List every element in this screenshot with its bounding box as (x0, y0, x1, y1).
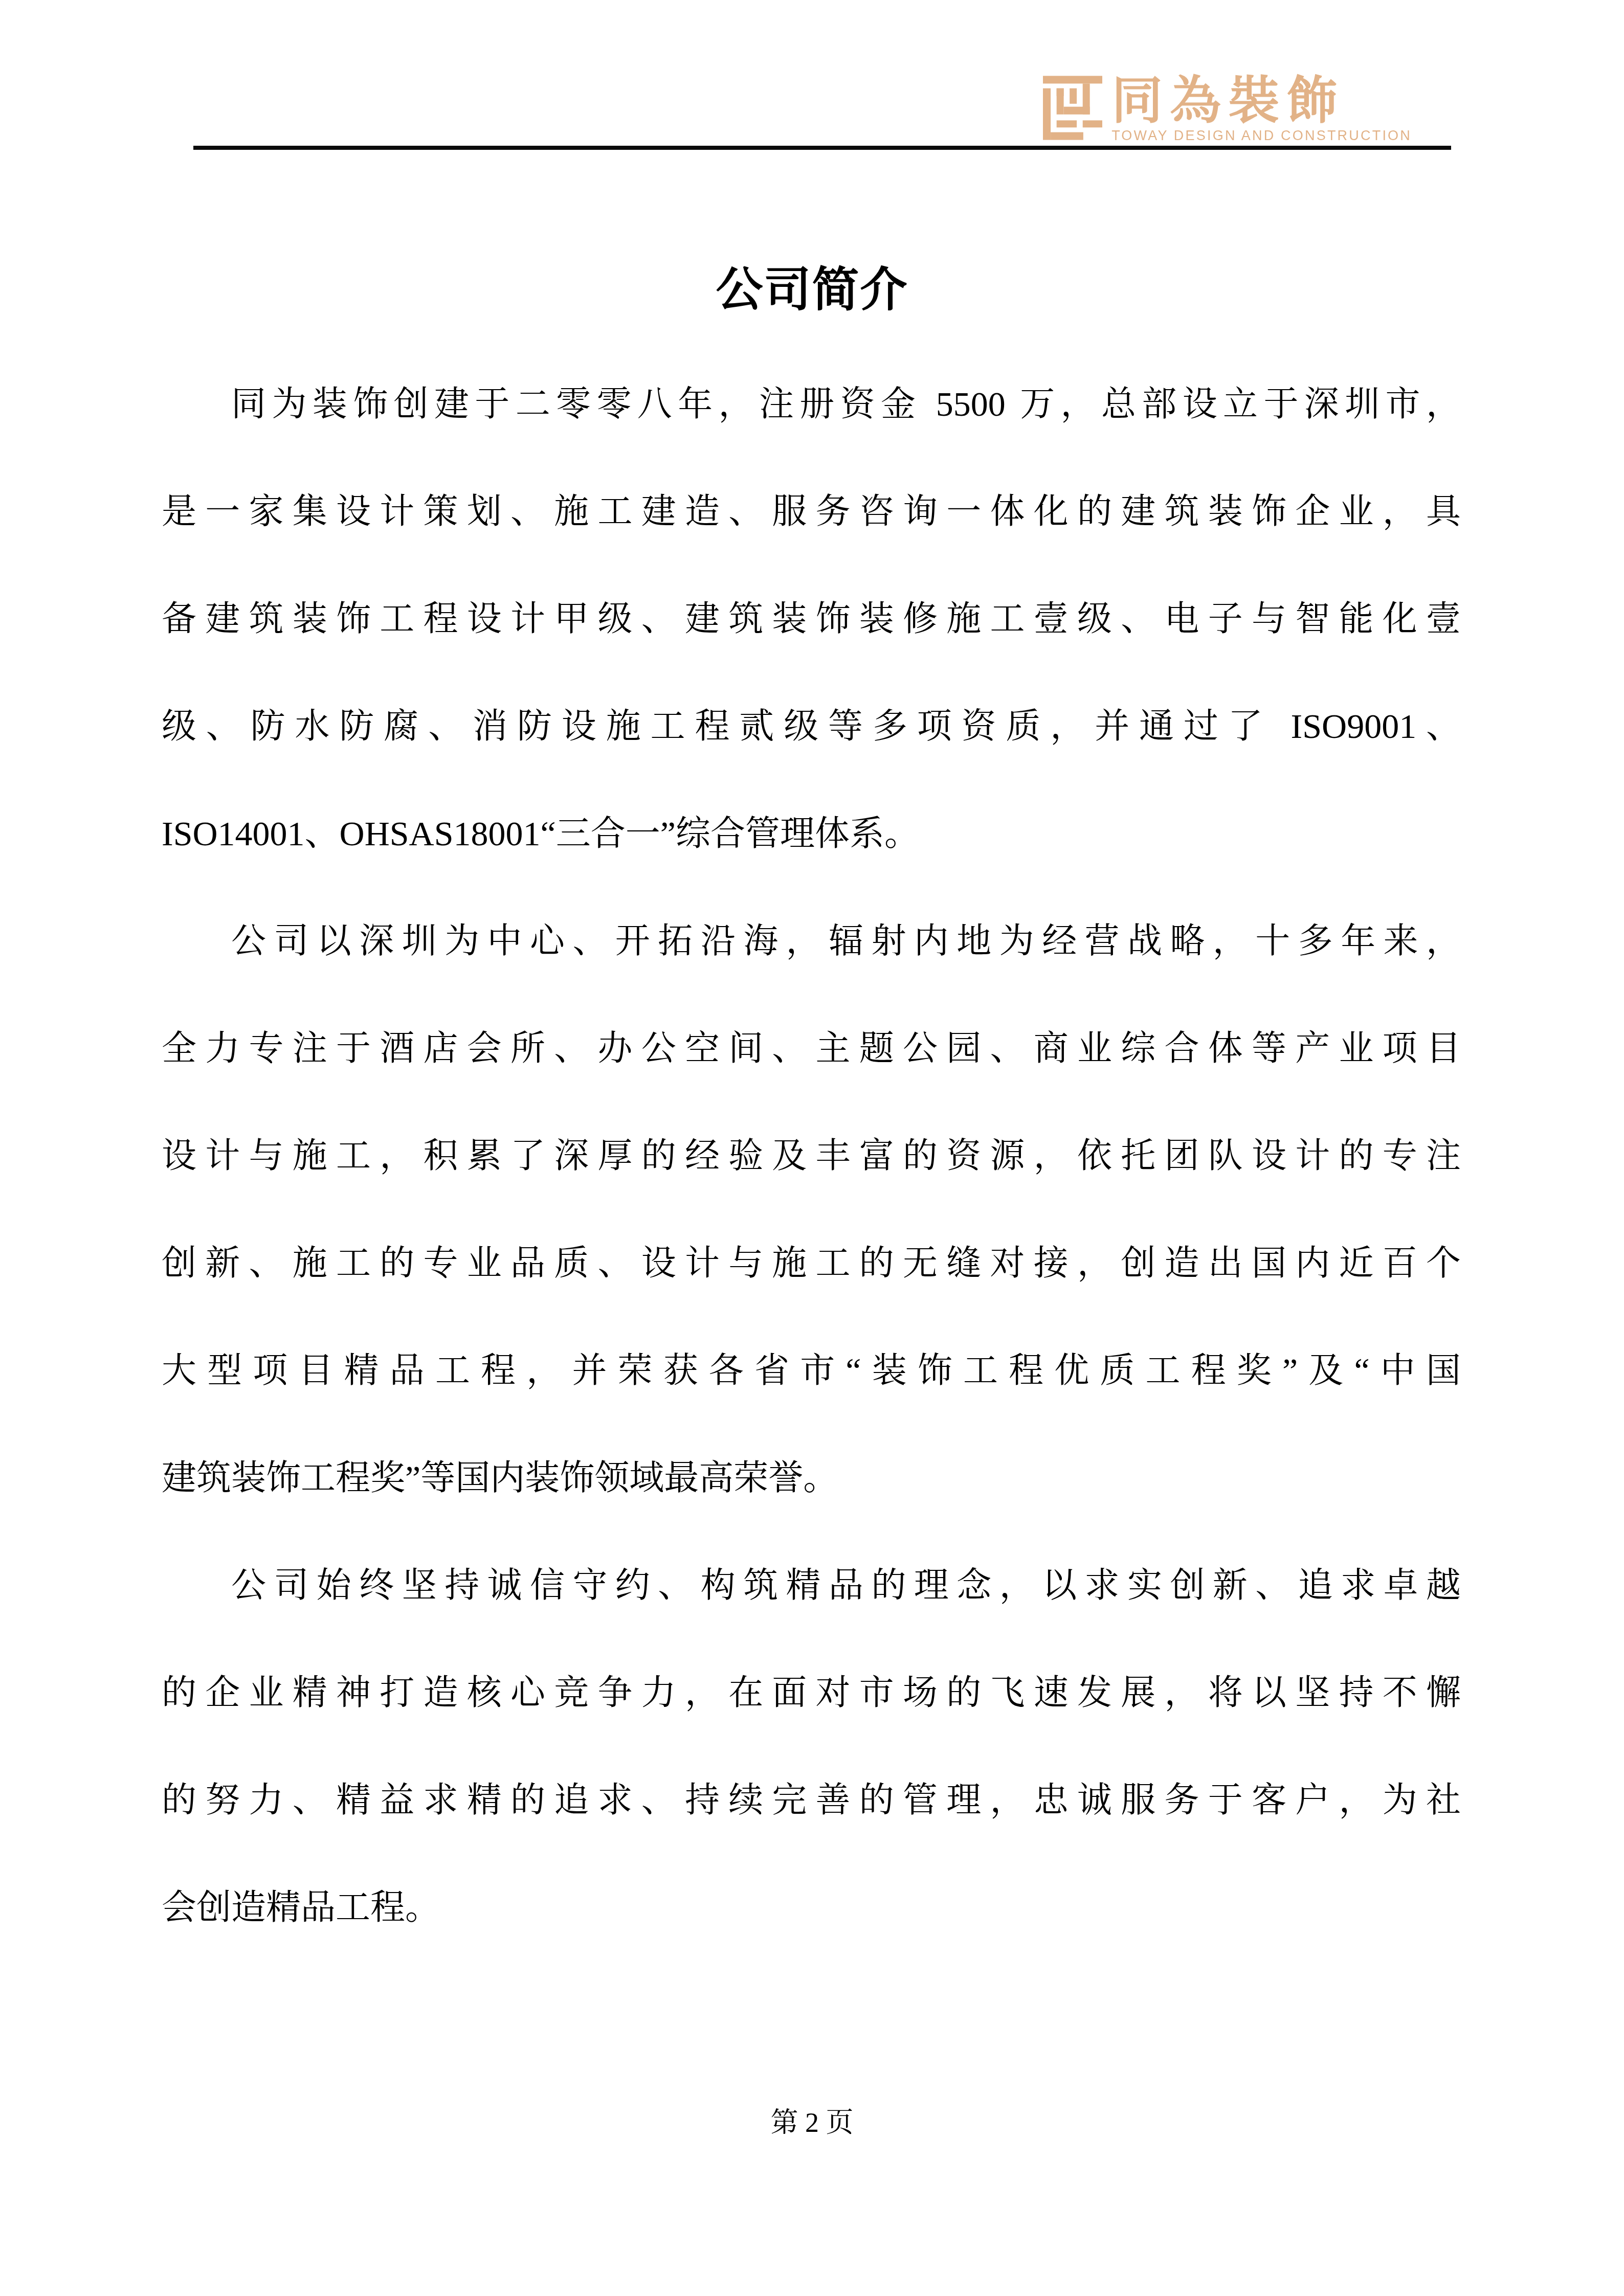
body-line: 备建筑装饰工程设计甲级、建筑装饰装修施工壹级、电子与智能化壹 (162, 565, 1461, 672)
company-logo: 同為裝飾 TOWAY DESIGN AND CONSTRUCTION (1043, 76, 1412, 143)
body-line: 公司以深圳为中心、开拓沿海，辐射内地为经营战略，十多年来， (162, 887, 1461, 995)
body-line: 公司始终坚持诚信守约、构筑精品的理念，以求实创新、追求卓越 (162, 1532, 1461, 1639)
page-title: 公司简介 (0, 262, 1624, 318)
body-line: 创新、施工的专业品质、设计与施工的无缝对接，创造出国内近百个 (162, 1209, 1461, 1317)
body-line: ISO14001、OHSAS18001“三合一”综合管理体系。 (162, 780, 1461, 887)
body-line: 同为装饰创建于二零零八年，注册资金 5500 万，总部设立于深圳市， (162, 350, 1461, 458)
page-number: 第 2 页 (0, 2100, 1624, 2146)
body-line: 的努力、精益求精的追求、持续完善的管理，忠诚服务于客户，为社 (162, 1746, 1461, 1854)
body-line: 设计与施工，积累了深厚的经验及丰富的资源，依托团队设计的专注 (162, 1102, 1461, 1209)
body-line: 是一家集设计策划、施工建造、服务咨询一体化的建筑装饰企业，具 (162, 458, 1461, 565)
toway-monogram-icon (1043, 76, 1102, 140)
logo-company-name: 同為裝飾 (1111, 76, 1412, 127)
body-line: 全力专注于酒店会所、办公空间、主题公园、商业综合体等产业项目 (162, 995, 1461, 1102)
body-line: 大型项目精品工程，并荣获各省市“装饰工程优质工程奖”及“中国 (162, 1317, 1461, 1424)
body-line: 级、防水防腐、消防设施工程贰级等多项资质，并通过了 ISO9001、 (162, 672, 1461, 780)
logo-tagline: TOWAY DESIGN AND CONSTRUCTION (1111, 129, 1412, 143)
document-body: 同为装饰创建于二零零八年，注册资金 5500 万，总部设立于深圳市， 是一家集设… (162, 350, 1461, 1961)
logo-text-block: 同為裝飾 TOWAY DESIGN AND CONSTRUCTION (1111, 76, 1412, 143)
body-line: 会创造精品工程。 (162, 1854, 1461, 1961)
header-divider (193, 146, 1451, 150)
document-page: 同為裝飾 TOWAY DESIGN AND CONSTRUCTION 公司简介 … (0, 0, 1624, 2296)
body-line: 的企业精神打造核心竞争力，在面对市场的飞速发展，将以坚持不懈 (162, 1639, 1461, 1746)
body-line: 建筑装饰工程奖”等国内装饰领域最高荣誉。 (162, 1424, 1461, 1532)
